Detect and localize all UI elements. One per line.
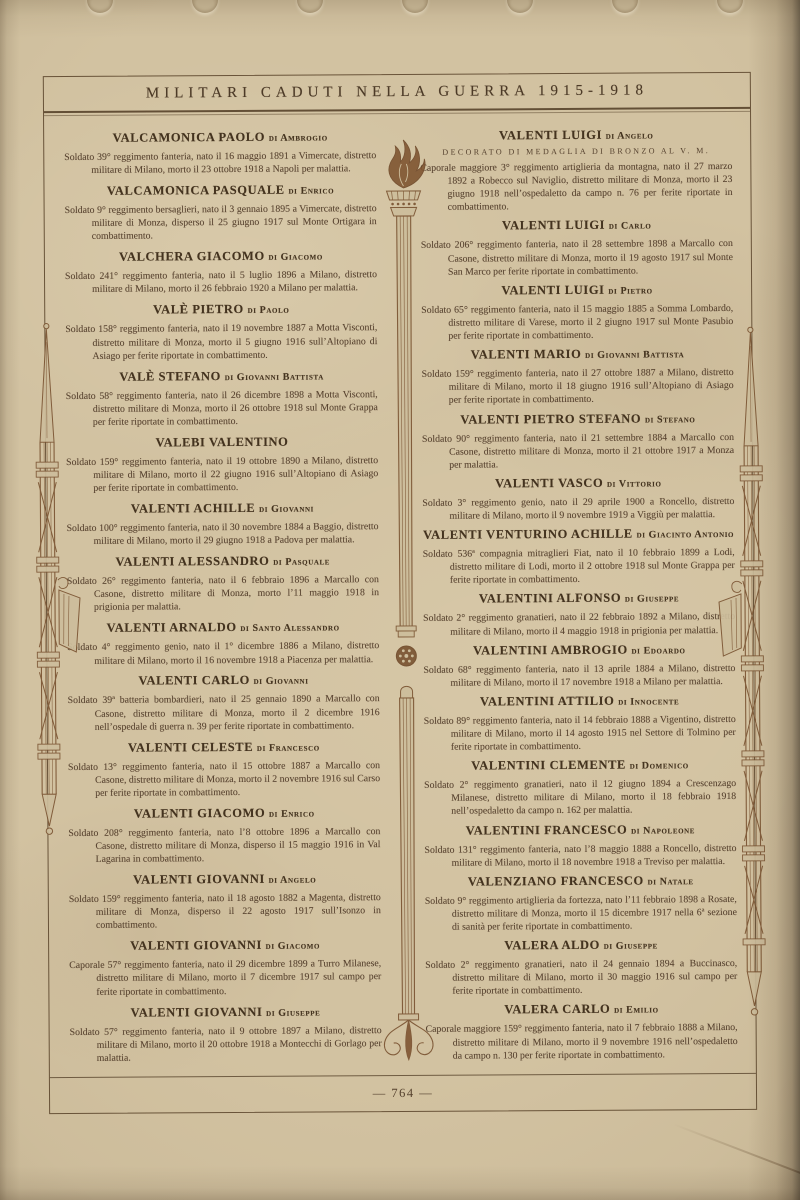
soldier-name: VALENTI LUIGI di Pietro bbox=[421, 282, 733, 299]
soldier-record: Soldato 2° reggimento granatieri, nato i… bbox=[423, 610, 735, 638]
soldier-entry: VALENTI GIACOMO di Enrico Soldato 208° r… bbox=[68, 805, 380, 866]
soldier-entry: VALENTINI ALFONSO di Giuseppe Soldato 2°… bbox=[423, 590, 735, 638]
soldier-filiation: di Vittorio bbox=[607, 478, 662, 489]
printed-sheet: MILITARI CADUTI NELLA GUERRA 1915-1918 V… bbox=[0, 0, 800, 1200]
soldier-entry: VALERA CARLO di Emilio Caporale maggiore… bbox=[425, 1001, 737, 1062]
soldier-filiation: di Carlo bbox=[609, 221, 652, 232]
soldier-filiation: di Enrico bbox=[288, 185, 334, 196]
soldier-entry: VALÈ PIETRO di Paolo Soldato 158° reggim… bbox=[65, 302, 377, 363]
soldier-filiation: di Giovanni Battista bbox=[225, 371, 324, 383]
soldier-surname-firstname: VALERA ALDO bbox=[504, 938, 600, 953]
soldier-name: VALENTI GIACOMO di Enrico bbox=[68, 805, 380, 822]
soldier-record: Soldato 26° reggimento fanteria, nato il… bbox=[67, 573, 379, 614]
soldier-entry: VALERA ALDO di Giuseppe Soldato 2° reggi… bbox=[425, 937, 737, 998]
soldier-surname-firstname: VALENTI CELESTE bbox=[128, 740, 253, 755]
soldier-entry: VALENTI ACHILLE di Giovanni Soldato 100°… bbox=[66, 500, 378, 548]
soldier-entry: VALÈ STEFANO di Giovanni Battista Soldat… bbox=[66, 368, 378, 429]
soldier-name: VALEBI VALENTINO bbox=[66, 434, 378, 451]
soldier-surname-firstname: VALENTI GIOVANNI bbox=[131, 1004, 263, 1019]
soldier-name: VALENTI ALESSANDRO di Pasquale bbox=[67, 553, 379, 570]
soldier-surname-firstname: VALENTINI AMBROGIO bbox=[473, 642, 628, 657]
soldier-entry: VALCHERA GIACOMO di Giacomo Soldato 241°… bbox=[65, 248, 377, 296]
soldier-name: VALCAMONICA PAOLO di Ambrogio bbox=[64, 129, 376, 146]
soldier-surname-firstname: VALENTI LUIGI bbox=[499, 128, 602, 143]
page-title: MILITARI CADUTI NELLA GUERRA 1915-1918 bbox=[146, 82, 648, 102]
soldier-entry: VALCAMONICA PAOLO di Ambrogio Soldato 39… bbox=[64, 129, 376, 177]
soldier-name: VALENTI CARLO di Giovanni bbox=[67, 673, 379, 690]
soldier-entry: VALENTI GIOVANNI di Giuseppe Soldato 57°… bbox=[69, 1004, 381, 1065]
soldier-surname-firstname: VALENTI CARLO bbox=[138, 673, 250, 688]
soldier-entry: VALCAMONICA PASQUALE di Enrico Soldato 9… bbox=[64, 182, 376, 243]
soldier-record: Soldato 2° reggimento granatieri, nato i… bbox=[424, 777, 736, 818]
soldier-surname-firstname: VALENTI LUIGI bbox=[502, 218, 605, 233]
soldier-name: VALENTI ARNALDO di Santo Alessandro bbox=[67, 620, 379, 637]
soldier-record: Soldato 536ª compagnia mitraglieri Fiat,… bbox=[423, 546, 735, 587]
soldier-record: Soldato 39ª batteria bombardieri, nato i… bbox=[68, 693, 380, 734]
soldier-surname-firstname: VALENTI GIOVANNI bbox=[130, 938, 262, 953]
soldier-record: Soldato 2° reggimento granatieri, nato i… bbox=[425, 957, 737, 998]
soldier-name: VALENTINI ATTILIO di Innocente bbox=[424, 693, 736, 710]
soldier-record: Soldato 159° reggimento fanteria, nato i… bbox=[422, 366, 734, 407]
soldier-record: Soldato 159° reggimento fanteria, nato i… bbox=[69, 891, 381, 932]
soldier-entry: VALENTI VENTURINO ACHILLE di Giacinto An… bbox=[423, 526, 735, 587]
soldier-filiation: di Edoardo bbox=[631, 645, 685, 656]
page-number: — 764 — bbox=[373, 1086, 434, 1101]
soldier-surname-firstname: VALEBI VALENTINO bbox=[156, 435, 289, 450]
soldier-entry: VALENTINI ATTILIO di Innocente Soldato 8… bbox=[424, 693, 736, 754]
soldier-name: VALENTINI FRANCESCO di Napoleone bbox=[424, 821, 736, 838]
soldier-record: Caporale 57° reggimento fanteria, nato i… bbox=[69, 957, 381, 998]
soldier-entry: VALENTI LUIGI di Angelo DECORATO DI MEDA… bbox=[420, 127, 733, 214]
soldier-name: VALENTI VENTURINO ACHILLE di Giacinto An… bbox=[423, 526, 735, 543]
soldier-surname-firstname: VALERA CARLO bbox=[504, 1002, 610, 1017]
soldier-entry: VALEBI VALENTINO Soldato 159° reggimento… bbox=[66, 434, 378, 495]
soldier-entry: VALENTI PIETRO STEFANO di Stefano Soldat… bbox=[422, 410, 734, 471]
soldier-entry: VALENTINI CLEMENTE di Domenico Soldato 2… bbox=[424, 757, 736, 818]
soldier-record: Soldato 159° reggimento fanteria, nato i… bbox=[66, 454, 378, 495]
footer-band: — 764 — bbox=[50, 1073, 756, 1113]
scanned-memorial-book-page: MILITARI CADUTI NELLA GUERRA 1915-1918 V… bbox=[0, 0, 800, 1200]
soldier-surname-firstname: VALENTI GIACOMO bbox=[134, 806, 265, 821]
soldier-name: VALENTINI AMBROGIO di Edoardo bbox=[423, 642, 735, 659]
soldier-entry: VALENTI CARLO di Giovanni Soldato 39ª ba… bbox=[67, 673, 379, 734]
soldier-surname-firstname: VALENTINI FRANCESCO bbox=[466, 822, 628, 837]
soldier-name: VALENTINI ALFONSO di Giuseppe bbox=[423, 590, 735, 607]
soldier-name: VALENTI GIOVANNI di Giuseppe bbox=[69, 1004, 381, 1021]
memorial-column-left: VALCAMONICA PAOLO di Ambrogio Soldato 39… bbox=[64, 129, 382, 1065]
soldier-filiation: di Giacomo bbox=[266, 941, 320, 952]
soldier-entry: VALENTI GIOVANNI di Giacomo Caporale 57°… bbox=[69, 937, 381, 998]
decoration-line: DECORATO DI MEDAGLIA DI BRONZO AL V. M. bbox=[420, 146, 732, 157]
soldier-entry: VALENTI LUIGI di Carlo Soldato 206° regg… bbox=[421, 217, 733, 278]
soldier-surname-firstname: VALENTI PIETRO STEFANO bbox=[460, 411, 641, 426]
soldier-record: Soldato 131° reggimento fanteria, nato l… bbox=[424, 841, 736, 869]
soldier-filiation: di Innocente bbox=[618, 696, 679, 707]
soldier-record: Soldato 39° reggimento fanteria, nato il… bbox=[64, 149, 376, 177]
soldier-entry: VALENTI ARNALDO di Santo Alessandro Sold… bbox=[67, 620, 379, 668]
soldier-surname-firstname: VALENTI ALESSANDRO bbox=[115, 554, 269, 569]
soldier-record: Soldato 13° reggimento fanteria, nato il… bbox=[68, 759, 380, 800]
soldier-filiation: di Napoleone bbox=[631, 825, 695, 836]
soldier-name: VALENTI LUIGI di Carlo bbox=[421, 217, 733, 234]
soldier-record: Caporale maggiore 3° reggimento artiglie… bbox=[420, 160, 732, 214]
soldier-filiation: di Pietro bbox=[608, 285, 652, 296]
soldier-filiation: di Paolo bbox=[248, 305, 290, 316]
soldier-record: Soldato 58° reggimento fanteria, nato il… bbox=[66, 388, 378, 429]
soldier-surname-firstname: VALCAMONICA PAOLO bbox=[113, 130, 266, 145]
soldier-record: Soldato 89° reggimento fanteria, nato il… bbox=[424, 713, 736, 754]
soldier-filiation: di Natale bbox=[648, 876, 694, 887]
soldier-filiation: di Francesco bbox=[257, 742, 320, 753]
soldier-filiation: di Ambrogio bbox=[269, 132, 328, 143]
soldier-filiation: di Pasquale bbox=[273, 557, 330, 568]
memorial-column-right: VALENTI LUIGI di Angelo DECORATO DI MEDA… bbox=[420, 127, 738, 1063]
soldier-record: Soldato 9° reggimento bersaglieri, nato … bbox=[65, 202, 377, 243]
soldier-record: Soldato 158° reggimento fanteria, nato i… bbox=[65, 322, 377, 363]
soldier-filiation: di Giacinto Antonio bbox=[637, 529, 735, 541]
soldier-record: Soldato 208° reggimento fanteria, nato l… bbox=[68, 825, 380, 866]
soldier-record: Soldato 9° reggimento artiglieria da for… bbox=[425, 893, 737, 934]
soldier-filiation: di Giuseppe bbox=[266, 1007, 320, 1018]
soldier-name: VALENTI MARIO di Giovanni Battista bbox=[421, 346, 733, 363]
soldier-name: VALENTI VASCO di Vittorio bbox=[422, 475, 734, 492]
soldier-record: Caporale maggiore 159° reggimento fanter… bbox=[426, 1021, 738, 1062]
soldier-entry: VALENTI GIOVANNI di Angelo Soldato 159° … bbox=[69, 871, 381, 932]
soldier-surname-firstname: VALENTI VENTURINO ACHILLE bbox=[423, 527, 633, 542]
soldier-filiation: di Giuseppe bbox=[625, 594, 679, 605]
soldier-surname-firstname: VALENTI VASCO bbox=[495, 476, 603, 491]
soldier-name: VALÈ PIETRO di Paolo bbox=[65, 302, 377, 319]
soldier-name: VALENTI LUIGI di Angelo bbox=[420, 127, 732, 144]
soldier-name: VALENZIANO FRANCESCO di Natale bbox=[425, 873, 737, 890]
soldier-filiation: di Domenico bbox=[630, 760, 689, 771]
soldier-entry: VALENTINI AMBROGIO di Edoardo Soldato 68… bbox=[423, 642, 735, 690]
soldier-entry: VALENTI MARIO di Giovanni Battista Solda… bbox=[421, 346, 733, 407]
soldier-record: Soldato 57° reggimento fanteria, nato il… bbox=[70, 1024, 382, 1065]
soldier-surname-firstname: VALENTI ACHILLE bbox=[131, 501, 256, 516]
soldier-surname-firstname: VALCAMONICA PASQUALE bbox=[107, 183, 285, 198]
soldier-filiation: di Emilio bbox=[614, 1005, 659, 1016]
soldier-filiation: di Giacomo bbox=[268, 252, 322, 263]
soldier-entry: VALENTI VASCO di Vittorio Soldato 3° reg… bbox=[422, 475, 734, 523]
soldier-name: VALENTI PIETRO STEFANO di Stefano bbox=[422, 410, 734, 427]
soldier-name: VALÈ STEFANO di Giovanni Battista bbox=[66, 368, 378, 385]
soldier-filiation: di Enrico bbox=[269, 808, 315, 819]
soldier-record: Soldato 3° reggimento genio, nato il 29 … bbox=[422, 495, 734, 523]
soldier-record: Soldato 4° reggimento genio, nato il 1° … bbox=[67, 640, 379, 668]
soldier-name: VALENTINI CLEMENTE di Domenico bbox=[424, 757, 736, 774]
soldier-filiation: di Angelo bbox=[606, 130, 654, 141]
soldier-name: VALENTI GIOVANNI di Giacomo bbox=[69, 937, 381, 954]
soldier-surname-firstname: VALENTI LUIGI bbox=[501, 283, 604, 298]
soldier-record: Soldato 206° reggimento fanteria, nato i… bbox=[421, 237, 733, 278]
soldier-filiation: di Stefano bbox=[645, 414, 696, 425]
soldier-name: VALCAMONICA PASQUALE di Enrico bbox=[64, 182, 376, 199]
soldier-surname-firstname: VALENTINI ALFONSO bbox=[479, 591, 621, 606]
soldier-surname-firstname: VALCHERA GIACOMO bbox=[119, 249, 265, 264]
soldier-filiation: di Giuseppe bbox=[604, 941, 658, 952]
soldier-surname-firstname: VALENTI ARNALDO bbox=[107, 620, 237, 635]
two-column-content: VALCAMONICA PAOLO di Ambrogio Soldato 39… bbox=[44, 109, 756, 1077]
soldier-entry: VALENTI LUIGI di Pietro Soldato 65° regg… bbox=[421, 282, 733, 343]
soldier-filiation: di Santo Alessandro bbox=[240, 623, 339, 635]
soldier-surname-firstname: VALÈ STEFANO bbox=[119, 369, 221, 384]
soldier-record: Soldato 65° reggimento fanteria, nato il… bbox=[421, 302, 733, 343]
soldier-record: Soldato 68° reggimento fanteria, nato il… bbox=[423, 662, 735, 690]
soldier-surname-firstname: VALENZIANO FRANCESCO bbox=[468, 873, 644, 888]
soldier-filiation: di Giovanni bbox=[259, 504, 314, 515]
soldier-name: VALENTI ACHILLE di Giovanni bbox=[66, 500, 378, 517]
soldier-surname-firstname: VALENTI MARIO bbox=[471, 347, 582, 362]
soldier-surname-firstname: VALENTINI ATTILIO bbox=[480, 694, 615, 709]
title-band: MILITARI CADUTI NELLA GUERRA 1915-1918 bbox=[44, 73, 750, 113]
soldier-filiation: di Giovanni Battista bbox=[585, 349, 684, 361]
soldier-name: VALCHERA GIACOMO di Giacomo bbox=[65, 248, 377, 265]
soldier-filiation: di Angelo bbox=[269, 875, 317, 886]
soldier-entry: VALENZIANO FRANCESCO di Natale Soldato 9… bbox=[425, 873, 737, 934]
soldier-filiation: di Giovanni bbox=[254, 676, 309, 687]
soldier-name: VALERA CARLO di Emilio bbox=[425, 1001, 737, 1018]
soldier-record: Soldato 241° reggimento fanteria, nato i… bbox=[65, 268, 377, 296]
soldier-record: Soldato 90° reggimento fanteria, nato il… bbox=[422, 430, 734, 471]
soldier-surname-firstname: VALÈ PIETRO bbox=[153, 302, 244, 317]
soldier-entry: VALENTI ALESSANDRO di Pasquale Soldato 2… bbox=[67, 553, 379, 614]
page-frame: MILITARI CADUTI NELLA GUERRA 1915-1918 V… bbox=[43, 72, 757, 1114]
soldier-name: VALENTI GIOVANNI di Angelo bbox=[69, 871, 381, 888]
soldier-entry: VALENTI CELESTE di Francesco Soldato 13°… bbox=[68, 739, 380, 800]
soldier-surname-firstname: VALENTI GIOVANNI bbox=[133, 872, 265, 887]
soldier-surname-firstname: VALENTINI CLEMENTE bbox=[471, 758, 626, 773]
soldier-name: VALENTI CELESTE di Francesco bbox=[68, 739, 380, 756]
soldier-record: Soldato 100° reggimento fanteria, nato i… bbox=[67, 520, 379, 548]
soldier-entry: VALENTINI FRANCESCO di Napoleone Soldato… bbox=[424, 821, 736, 869]
soldier-name: VALERA ALDO di Giuseppe bbox=[425, 937, 737, 954]
